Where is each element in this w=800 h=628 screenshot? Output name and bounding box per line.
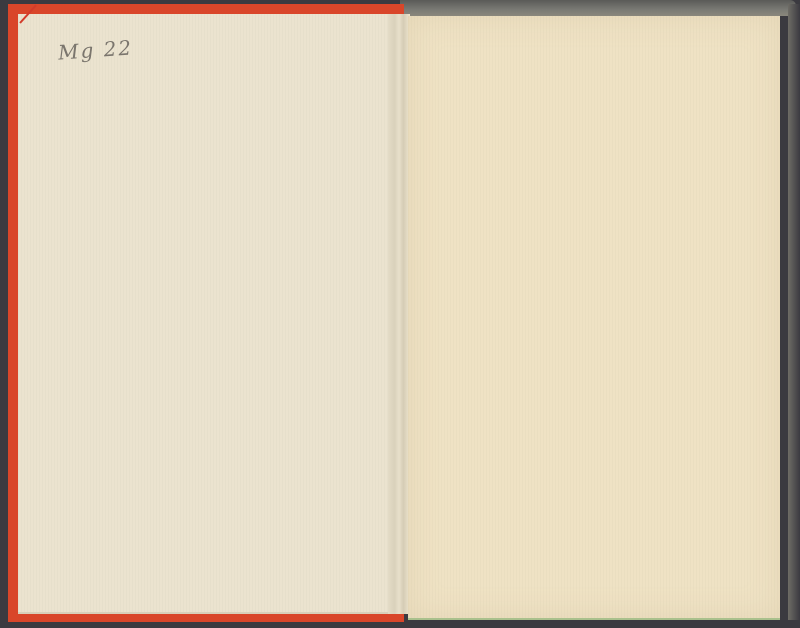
book-gutter <box>388 14 410 614</box>
left-pastedown-page <box>18 14 394 614</box>
book-spread: Mg 22 <box>0 0 800 628</box>
page-block-side-edge <box>788 4 800 620</box>
page-block-top-edge <box>400 0 796 16</box>
right-blank-flyleaf <box>408 16 780 620</box>
